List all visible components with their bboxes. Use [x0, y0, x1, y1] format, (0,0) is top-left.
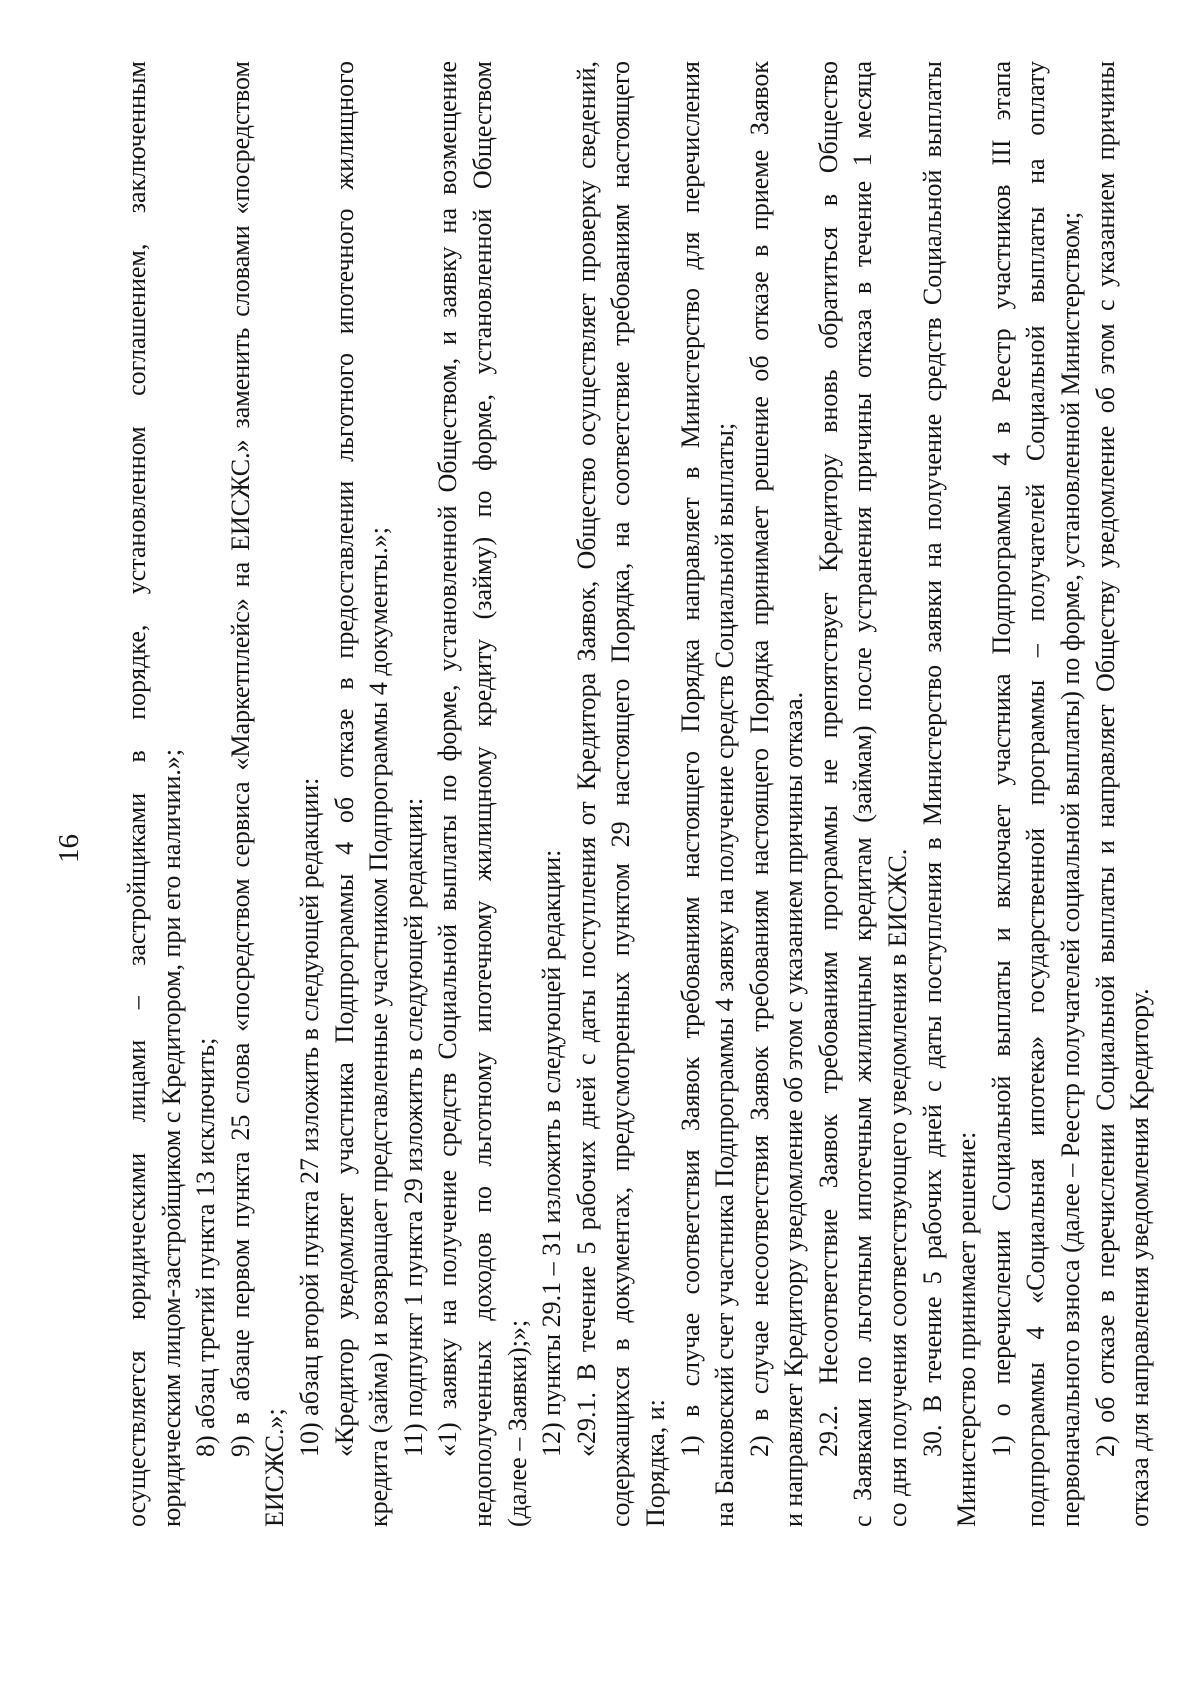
text-line: 30. В течение 5 рабочих дней с даты пост…	[916, 61, 951, 1527]
text-line: «29.1. В течение 5 рабочих дней с даты п…	[570, 61, 605, 1527]
text-line: и направляет Кредитору уведомление об эт…	[777, 61, 812, 1527]
rotated-page: 16 осуществляется юридическими лицами – …	[0, 0, 1200, 1697]
text-line: 29.2. Несоответствие Заявок требованиям …	[812, 61, 847, 1527]
text-line: подпрограммы 4 «Социальная ипотека» госу…	[1019, 61, 1054, 1527]
text-line: кредита (займа) и возвращает представлен…	[362, 61, 397, 1527]
text-line: юридическим лицом-застройщиком с Кредито…	[155, 61, 190, 1527]
text-line: 1) о перечислении Социальной выплаты и в…	[985, 61, 1020, 1527]
text-line: «Кредитор уведомляет участника Подпрогра…	[328, 61, 363, 1527]
text-line: недополученных доходов по льготному ипот…	[466, 61, 501, 1527]
text-line: Порядка, и:	[639, 61, 674, 1527]
page-number: 16	[52, 0, 86, 1697]
text-line: Министерство принимает решение:	[950, 61, 985, 1527]
text-line: 2) в случае несоответствия Заявок требов…	[743, 61, 778, 1527]
text-line: содержащихся в документах, предусмотренн…	[604, 61, 639, 1527]
text-line: «1) заявку на получение средств Социальн…	[431, 61, 466, 1527]
text-line: осуществляется юридическими лицами – зас…	[120, 61, 155, 1527]
text-line: 2) об отказе в перечислении Социальной в…	[1089, 61, 1124, 1527]
text-line: отказа для направления уведомления Креди…	[1123, 61, 1158, 1527]
text-line: на Банковский счет участника Подпрограмм…	[708, 61, 743, 1527]
document-text-block: осуществляется юридическими лицами – зас…	[120, 61, 1158, 1527]
text-line: 10) абзац второй пункта 27 изложить в сл…	[293, 61, 328, 1527]
text-line: ЕИСЖС.»;	[258, 61, 293, 1527]
scanned-document-page: 16 осуществляется юридическими лицами – …	[0, 0, 1200, 1697]
text-line: с Заявками по льготным ипотечным жилищны…	[846, 61, 881, 1527]
text-line: 8) абзац третий пункта 13 исключить;	[189, 61, 224, 1527]
text-line: 1) в случае соответствия Заявок требован…	[674, 61, 709, 1527]
text-line: 9) в абзаце первом пункта 25 слова «поср…	[224, 61, 259, 1527]
text-line: 11) подпункт 1 пункта 29 изложить в след…	[397, 61, 432, 1527]
text-line: 12) пункты 29.1 – 31 изложить в следующе…	[535, 61, 570, 1527]
text-line: (далее – Заявки);»;	[501, 61, 536, 1527]
text-line: со дня получения соответствующего уведом…	[881, 61, 916, 1527]
text-line: первоначального взноса (далее – Реестр п…	[1054, 61, 1089, 1527]
